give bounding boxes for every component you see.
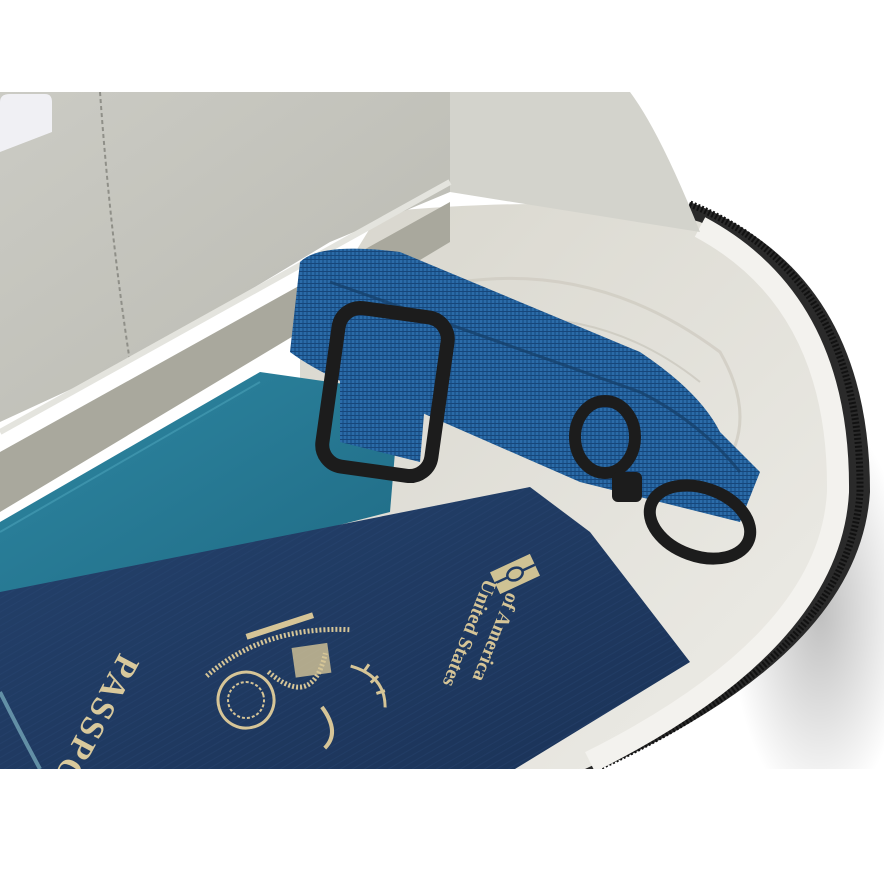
strap-buckle-loop — [340, 332, 430, 462]
swivel-joint — [612, 472, 642, 502]
product-photo: United States of America PASSPORT — [0, 92, 884, 769]
